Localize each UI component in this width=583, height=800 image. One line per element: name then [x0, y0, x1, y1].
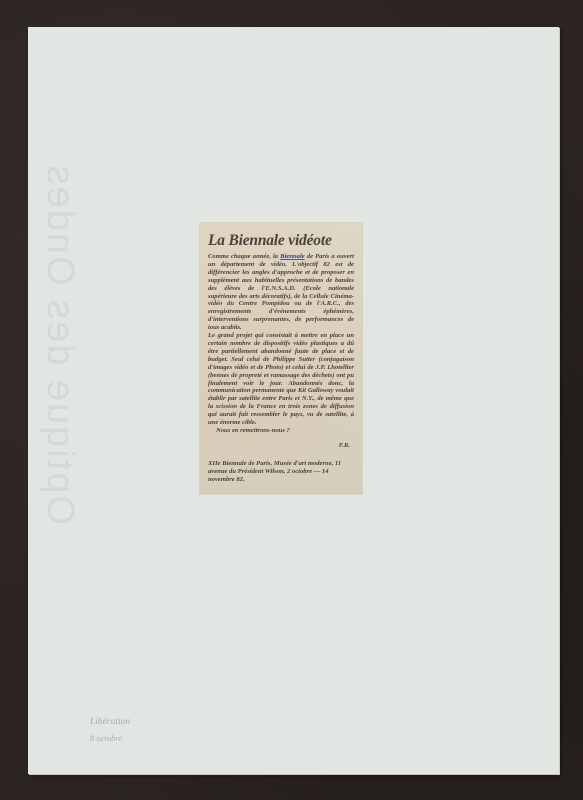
- annotation-source: Libération: [90, 715, 130, 729]
- handwritten-annotation: Libération 8 octobre: [90, 715, 130, 745]
- annotation-date: 8 octobre: [90, 731, 130, 745]
- clipping-title: La Biennale vidéote: [208, 232, 354, 249]
- clipping-paragraph-2: Le grand projet qui consistait à mettre …: [208, 332, 354, 427]
- paragraph-1-start: Comme chaque année, la: [208, 253, 280, 260]
- clipping-paragraph-1: Comme chaque année, la Biennale de Paris…: [208, 253, 354, 332]
- mounting-sheet: Optique des Ondes La Biennale vidéote Co…: [28, 27, 559, 774]
- clipping-body: Comme chaque année, la Biennale de Paris…: [208, 253, 354, 435]
- clipping-caption: XIIe Biennale de Paris, Musée d'art mode…: [208, 460, 354, 484]
- newspaper-clipping: La Biennale vidéote Comme chaque année, …: [200, 223, 362, 494]
- clipping-signature: F.R.: [208, 442, 354, 449]
- clipping-paragraph-3: Nous en remettrons-nous ?: [208, 427, 354, 435]
- pen-underlined-word: Biennale: [280, 253, 305, 260]
- show-through-text: Optique des Ondes: [40, 105, 80, 525]
- paragraph-1-rest: de Paris a ouvert un département de vidé…: [208, 253, 354, 331]
